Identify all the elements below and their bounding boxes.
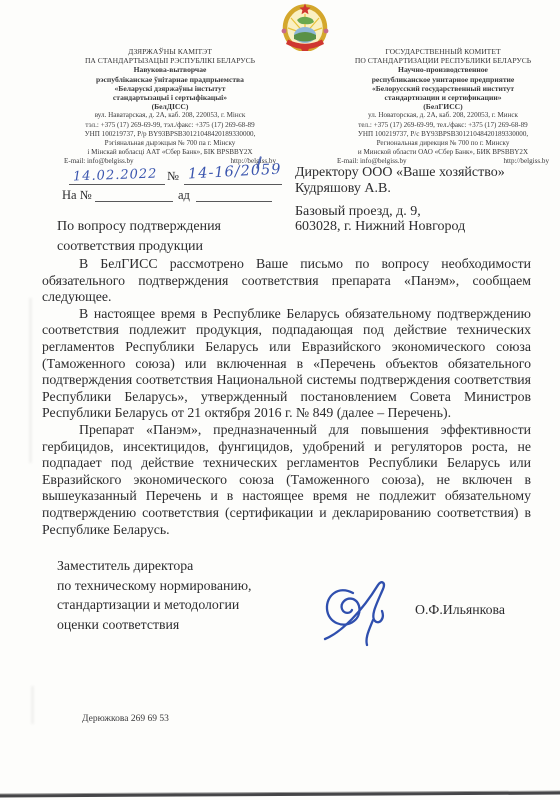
number-sign-label: № [167,169,179,184]
letterhead-line: УНП 100219737, Р/р BY93BPSB3012104842018… [50,130,290,139]
blank-underline [69,184,165,185]
letterhead-left: ДЗЯРЖАЎНЫ КАМІТЭТ ПА СТАНДАРТЫЗАЦЫІ РЭСП… [50,47,290,167]
belarus-emblem-icon [277,3,333,51]
email-text: E-mail: info@belgiss.by [64,157,134,166]
subject-block: По вопросу подтверждения соответствия пр… [57,217,221,256]
letterhead-line: УНП 100219737, Р/с BY93BPSB3012104842018… [323,130,560,139]
letterhead-line: Научно-производственное [323,65,560,74]
letterhead-line: Навукова-вытворчае [50,65,290,74]
letterhead-line: и Минской области ОАО «Сбер Банк», БИК B… [323,148,560,157]
scan-smudge [29,298,32,463]
letterhead-right: ГОСУДАРСТВЕННЫЙ КОМИТЕТ ПО СТАНДАРТИЗАЦИ… [323,47,560,167]
letterhead-line: республиканское унитарное предприятие [323,75,560,84]
body-paragraph: В настоящее время в Республике Беларусь … [42,306,531,422]
blank-underline [196,201,272,202]
recipient-block: Директору ООО «Ваше хозяйство» Кудряшову… [295,165,553,235]
letter-body: В БелГИСС рассмотрено Ваше письмо по воп… [42,256,531,538]
letterhead-line: тэл.: +375 (17) 269-69-99, тэл./факс: +3… [50,121,290,130]
signer-title-line: оценки соответствия [57,615,251,635]
reply-to-number-label: На № [62,188,92,203]
letterhead-line: «Белорусский государственный институт [323,84,560,93]
body-paragraph: В БелГИСС рассмотрено Ваше письмо по воп… [42,256,531,306]
letterhead-line: стандартызацыі і сертыфікацыі» [50,93,290,102]
subject-line: По вопросу подтверждения [57,217,221,237]
reply-to-date-label: ад [178,188,190,203]
executor-contact: Дерюжкова 269 69 53 [82,714,169,724]
letterhead-line: тел.: +375 (17) 269-69-99, тел./факс: +3… [323,121,560,130]
letterhead-line: ГОСУДАРСТВЕННЫЙ КОМИТЕТ [323,47,560,56]
handwritten-doc-number: 14-16/2059 [188,162,282,183]
signer-title-line: стандартизации и методологии [57,595,251,615]
letter-page: ДЗЯРЖАЎНЫ КАМІТЭТ ПА СТАНДАРТЫЗАЦЫІ РЭСП… [0,0,560,800]
signer-title-block: Заместитель директора по техническому но… [57,556,251,634]
signature-scribble [322,576,404,648]
letterhead-line: Региональная дирекция № 700 по г. Минску [323,139,560,148]
subject-line: соответствия продукции [57,237,221,257]
letterhead-line: (БелДІСС) [50,102,290,111]
recipient-address-line: Базовый проезд, д. 9, [295,204,553,220]
letterhead-line: ПА СТАНДАРТЫЗАЦЫІ РЭСПУБЛІКІ БЕЛАРУСЬ [50,56,290,65]
scan-smudge [31,686,34,724]
blank-underline [184,184,282,185]
letterhead-line: ДЗЯРЖАЎНЫ КАМІТЭТ [50,47,290,56]
signer-title-line: Заместитель директора [57,556,251,576]
recipient-address-line: 603028, г. Нижний Новгород [295,219,553,235]
letterhead-line: і Мінскай вобласці ААТ «Сбер Банк», БІК … [50,148,290,157]
letterhead-line: ПО СТАНДАРТИЗАЦИИ РЕСПУБЛИКИ БЕЛАРУСЬ [323,56,560,65]
letterhead-line: Рэгіянальная дырэкцыя № 700 па г. Мінску [50,139,290,148]
letterhead-line: «Беларускі дзяржаўны інстытут [50,84,290,93]
letterhead-line: ул. Новаторская, д. 2А, каб. 208, 220053… [323,111,560,120]
body-paragraph: Препарат «Панэм», предназначенный для по… [42,422,531,538]
recipient-line: Директору ООО «Ваше хозяйство» [295,165,553,181]
letterhead-line: стандартизации и сертификации» [323,93,560,102]
blank-underline [95,201,173,202]
letterhead-line: рэспубліканскае ўнітарнае прадпрыемства [50,75,290,84]
signer-title-line: по техническому нормированию, [57,576,251,596]
recipient-line: Кудряшову А.В. [295,181,553,197]
letterhead-line: (БелГИСС) [323,102,560,111]
signer-name: О.Ф.Ильянкова [415,602,505,618]
letterhead-line: вул. Наватарская, д. 2А, каб. 208, 22005… [50,111,290,120]
handwritten-date: 14.02.2022 [73,167,158,185]
